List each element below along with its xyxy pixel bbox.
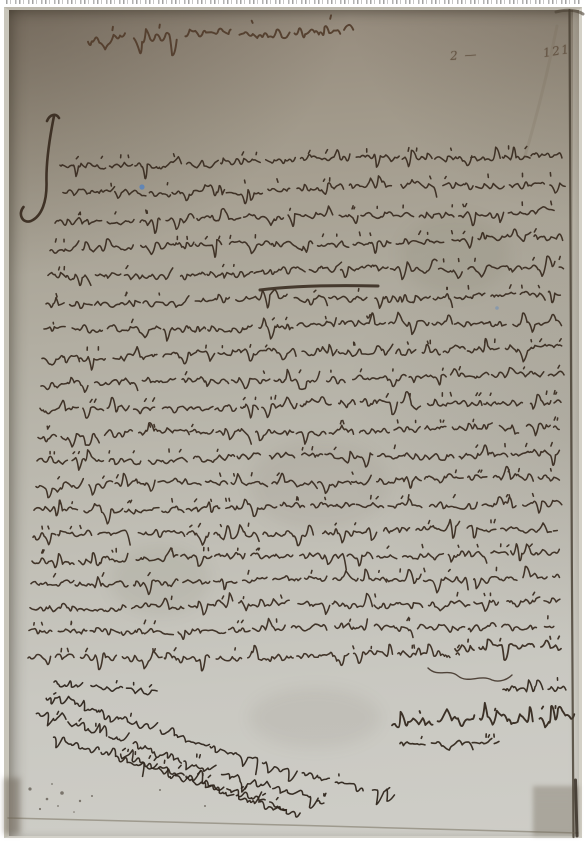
ink-speck (51, 783, 53, 785)
main-line-11 (38, 416, 560, 449)
main-line-4 (50, 228, 563, 261)
main-line-16 (32, 542, 560, 574)
corner-dark-line (576, 780, 578, 836)
main-line-3 (55, 201, 555, 235)
ink-speck (159, 789, 161, 791)
blue-ink-mark (139, 184, 144, 189)
main-line-8 (42, 337, 562, 371)
initial-letter (21, 115, 59, 222)
main-line-13 (36, 466, 560, 498)
ink-speck (39, 808, 41, 810)
manuscript-scan-view: 2 — 121 (0, 0, 586, 848)
postscript-line-1 (54, 673, 158, 699)
main-line-6 (46, 284, 561, 315)
blue-ink-mark (495, 306, 499, 310)
ink-speck (28, 787, 31, 790)
main-line-18 (30, 589, 560, 618)
main-line-19 (29, 615, 554, 642)
main-line-14 (34, 492, 562, 525)
ink-speck (60, 791, 64, 795)
main-line-2 (63, 172, 566, 208)
signature-line-2 (400, 734, 499, 751)
handwriting-layer (0, 0, 586, 848)
postscript-line-2 (42, 690, 396, 813)
page-number-annotation: 2 — (450, 47, 479, 63)
closing-date-line (503, 677, 566, 694)
postscript-line-5 (118, 746, 303, 819)
page-fold-edge (570, 10, 574, 837)
main-line-5 (48, 256, 564, 287)
main-line-15 (33, 518, 558, 549)
closing-phrase (455, 636, 562, 662)
heading-line (87, 14, 354, 59)
main-line-9 (41, 365, 564, 394)
main-line-7 (44, 309, 562, 343)
paper-bottom-edge (8, 818, 578, 833)
main-line-12 (37, 442, 560, 473)
main-line-1 (60, 144, 562, 180)
main-line-17 (31, 566, 560, 598)
ink-speck (73, 811, 75, 813)
ink-speck (204, 805, 206, 807)
postscript-line-3 (32, 705, 327, 816)
strikethrough (260, 286, 378, 290)
ink-speck (46, 798, 49, 801)
ink-speck (79, 800, 81, 802)
ink-speck (57, 805, 59, 807)
ink-speck (91, 795, 93, 797)
closing-underline-flourish (428, 668, 512, 681)
main-line-10 (40, 389, 561, 421)
main-line-20 (28, 643, 460, 672)
signature-line (391, 700, 574, 733)
